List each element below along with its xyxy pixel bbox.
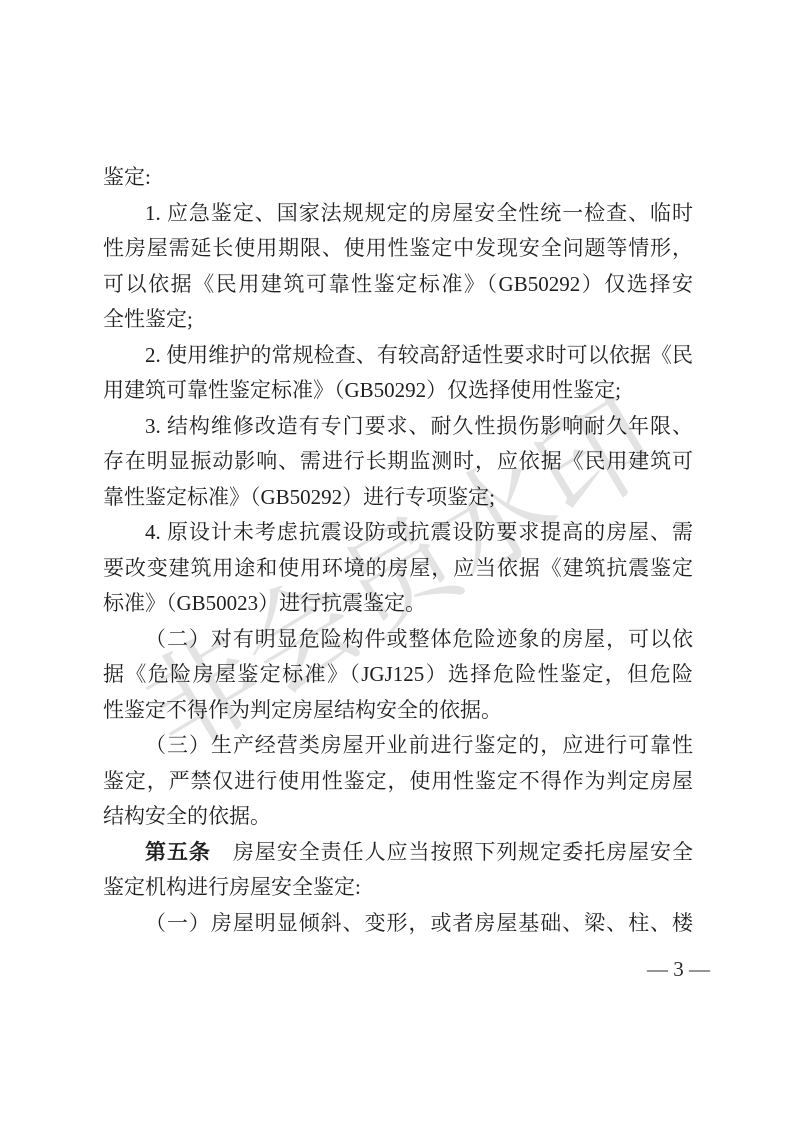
text-line: 可以依据《民用建筑可靠性鉴定标准》（GB50292）仅选择安 [103, 267, 693, 303]
text-line: 第五条 房屋安全责任人应当按照下列规定委托房屋安全 [103, 835, 693, 871]
text-line: 用建筑可靠性鉴定标准》（GB50292）仅选择使用性鉴定; [103, 373, 693, 409]
text-line: 据《危险房屋鉴定标准》（JGJ125）选择危险性鉴定，但危险 [103, 657, 693, 693]
text-line: 2. 使用维护的常规检查、有较高舒适性要求时可以依据《民 [103, 338, 693, 374]
text-line: 1. 应急鉴定、国家法规规定的房屋安全性统一检查、临时 [103, 196, 693, 232]
text-line: 存在明显振动影响、需进行长期监测时，应依据《民用建筑可 [103, 444, 693, 480]
page-number: — 3 — [647, 957, 710, 981]
text-line: （三）生产经营类房屋开业前进行鉴定的，应进行可靠性 [103, 728, 693, 764]
text-line: 鉴定，严禁仅进行使用性鉴定，使用性鉴定不得作为判定房屋 [103, 764, 693, 800]
article-number: 第五条 [145, 841, 211, 864]
text-line-content: 房屋安全责任人应当按照下列规定委托房屋安全 [211, 840, 693, 864]
text-line: （一）房屋明显倾斜、变形，或者房屋基础、梁、柱、楼 [103, 906, 693, 942]
text-line: 全性鉴定; [103, 302, 693, 338]
text-line: （二）对有明显危险构件或整体危险迹象的房屋，可以依 [103, 622, 693, 658]
text-line: 性房屋需延长使用期限、使用性鉴定中发现安全问题等情形， [103, 231, 693, 267]
text-line: 鉴定机构进行房屋安全鉴定: [103, 870, 693, 906]
text-line: 4. 原设计未考虑抗震设防或抗震设防要求提高的房屋、需 [103, 515, 693, 551]
text-line: 性鉴定不得作为判定房屋结构安全的依据。 [103, 693, 693, 729]
text-line: 3. 结构维修改造有专门要求、耐久性损伤影响耐久年限、 [103, 409, 693, 445]
text-line: 鉴定: [103, 160, 693, 196]
document-body: 鉴定:1. 应急鉴定、国家法规规定的房屋安全性统一检查、临时性房屋需延长使用期限… [103, 160, 693, 941]
document-page: 非会员水印 鉴定:1. 应急鉴定、国家法规规定的房屋安全性统一检查、临时性房屋需… [0, 0, 794, 1123]
text-line: 靠性鉴定标准》（GB50292）进行专项鉴定; [103, 480, 693, 516]
text-line: 结构安全的依据。 [103, 799, 693, 835]
text-line: 要改变建筑用途和使用环境的房屋，应当依据《建筑抗震鉴定 [103, 551, 693, 587]
text-line: 标准》（GB50023）进行抗震鉴定。 [103, 586, 693, 622]
